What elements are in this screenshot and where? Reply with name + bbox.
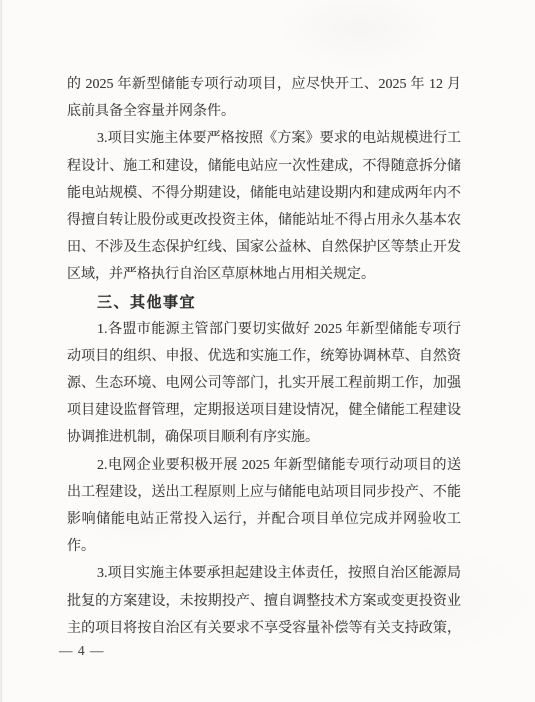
page-number: — 4 — <box>59 640 105 662</box>
paragraph-item-1-departments: 1.各盟市能源主管部门要切实做好 2025 年新型储能专项行 动项目的组织、申报… <box>67 316 461 452</box>
text-line: 2.电网企业要积极开展 2025 年新型储能专项行动项目的送 <box>67 452 461 479</box>
paragraph-item-3-responsibility: 3.项目实施主体要承担起建设主体责任，按照自治区能源局 批复的方案建设，未按期投… <box>67 560 461 642</box>
text-line: 底前具备全容量并网条件。 <box>67 98 461 125</box>
text-line: 程设计、施工和建设，储能电站应一次性建成，不得随意拆分储 <box>67 153 461 180</box>
text-line: 3.项目实施主体要承担起建设主体责任，按照自治区能源局 <box>67 560 461 587</box>
text-line: 的 2025 年新型储能专项行动项目，应尽快开工、2025 年 12 月 <box>67 71 461 98</box>
text-line: 田、不涉及生态保护红线、国家公益林、自然保护区等禁止开发 <box>67 234 461 261</box>
text-line: 区域，并严格执行自治区草原林地占用相关规定。 <box>67 261 461 288</box>
text-line: 出工程建设，送出工程原则上应与储能电站项目同步投产、不能 <box>67 479 461 506</box>
section-heading-other-matters: 三、其他事宜 <box>67 289 461 316</box>
text-line: 协调推进机制，确保项目顺利有序实施。 <box>67 424 461 451</box>
paragraph-item-2-grid-company: 2.电网企业要积极开展 2025 年新型储能专项行动项目的送 出工程建设，送出工… <box>67 452 461 561</box>
text-line: 1.各盟市能源主管部门要切实做好 2025 年新型储能专项行 <box>67 316 461 343</box>
text-line: 能电站规模、不得分期建设，储能电站建设期内和建成两年内不 <box>67 180 461 207</box>
paragraph-item-3-construction: 3.项目实施主体要严格按照《方案》要求的电站规模进行工 程设计、施工和建设，储能… <box>67 125 461 288</box>
text-line: 批复的方案建设，未按期投产、擅自调整技术方案或变更投资业 <box>67 588 461 615</box>
text-line: 源、生态环境、电网公司等部门，扎实开展工程前期工作，加强 <box>67 370 461 397</box>
text-line: 得擅自转让股份或更改投资主体，储能站址不得占用永久基本农 <box>67 207 461 234</box>
scan-edge-artifact <box>1 0 2 702</box>
text-line: 动项目的组织、申报、优选和实施工作，统筹协调林草、自然资 <box>67 343 461 370</box>
text-line: 3.项目实施主体要严格按照《方案》要求的电站规模进行工 <box>67 125 461 152</box>
text-line: 主的项目将按自治区有关要求不享受容量补偿等有关支持政策， <box>67 615 461 642</box>
text-line: 项目建设监督管理，定期报送项目建设情况，健全储能工程建设 <box>67 397 461 424</box>
paragraph-continuation: 的 2025 年新型储能专项行动项目，应尽快开工、2025 年 12 月 底前具… <box>67 71 461 125</box>
document-body: 的 2025 年新型储能专项行动项目，应尽快开工、2025 年 12 月 底前具… <box>67 71 461 642</box>
text-line: 影响储能电站正常投入运行，并配合项目单位完成并网验收工 <box>67 506 461 533</box>
text-line: 作。 <box>67 533 461 560</box>
